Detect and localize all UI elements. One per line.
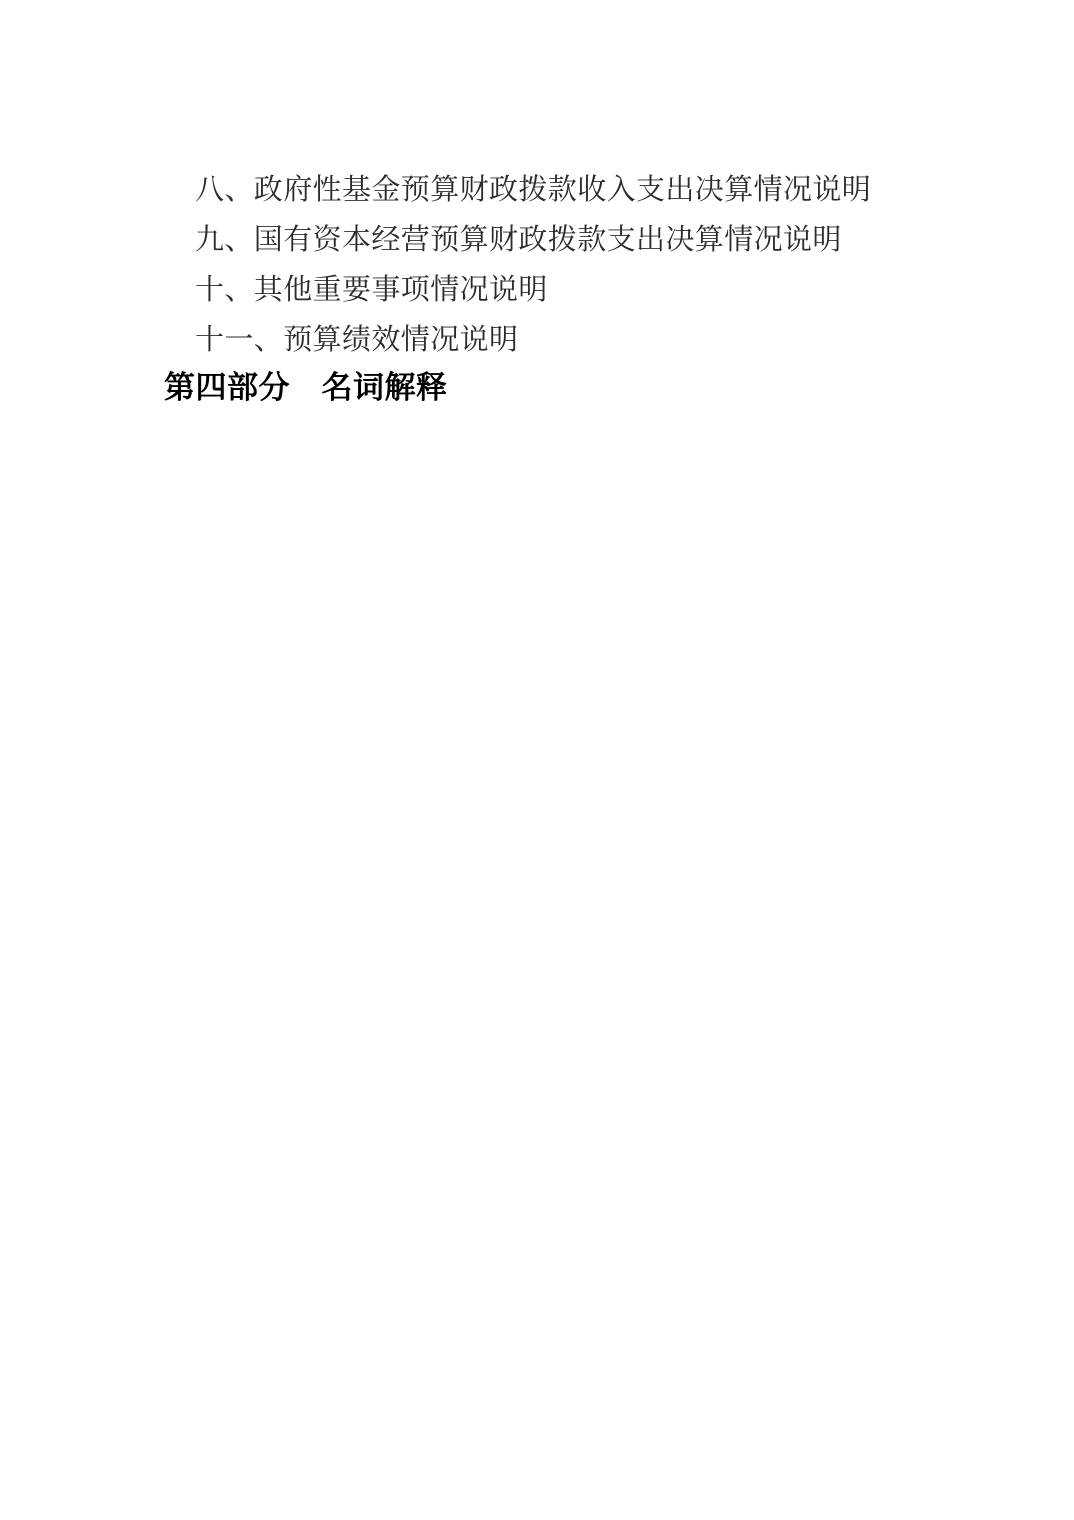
toc-item-state-capital-budget: 九、国有资本经营预算财政拨款支出决算情况说明 [0,215,1074,265]
table-of-contents: 八、政府性基金预算财政拨款收入支出决算情况说明 九、国有资本经营预算财政拨款支出… [0,165,1074,411]
document-page: 八、政府性基金预算财政拨款收入支出决算情况说明 九、国有资本经营预算财政拨款支出… [0,0,1074,1520]
toc-item-budget-performance: 十一、预算绩效情况说明 [0,315,1074,365]
toc-item-government-fund-budget: 八、政府性基金预算财政拨款收入支出决算情况说明 [0,165,1074,215]
toc-item-other-important-matters: 十、其他重要事项情况说明 [0,265,1074,315]
section-heading-part-four-glossary: 第四部分 名词解释 [0,365,1074,411]
